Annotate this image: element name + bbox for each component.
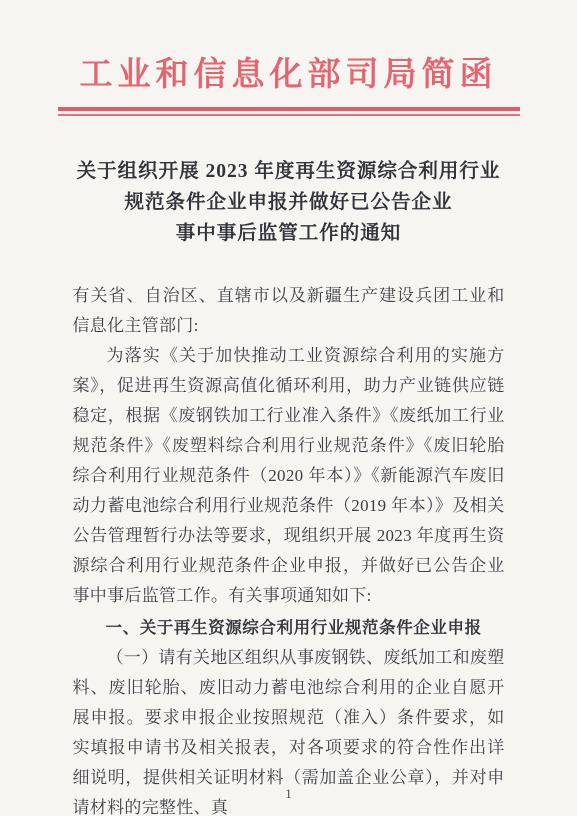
document-title-line-1: 关于组织开展 2023 年度再生资源综合利用行业	[0, 156, 577, 187]
letterhead-title: 工业和信息化部司局简函	[0, 52, 577, 100]
salutation: 有关省、自治区、直辖市以及新疆生产建设兵团工业和信息化主管部门:	[73, 281, 505, 341]
document-title-line-3: 事中事后监管工作的通知	[0, 218, 577, 249]
letterhead-divider	[58, 107, 520, 116]
document-page: 工业和信息化部司局简函 关于组织开展 2023 年度再生资源综合利用行业 规范条…	[0, 0, 577, 816]
section-1-heading: 一、关于再生资源综合利用行业规范条件企业申报	[73, 613, 505, 643]
document-body: 有关省、自治区、直辖市以及新疆生产建设兵团工业和信息化主管部门: 为落实《关于加…	[73, 281, 505, 816]
page-number: 1	[0, 786, 577, 802]
document-title: 关于组织开展 2023 年度再生资源综合利用行业 规范条件企业申报并做好已公告企…	[0, 156, 577, 249]
document-title-line-2: 规范条件企业申报并做好已公告企业	[0, 187, 577, 218]
intro-paragraph: 为落实《关于加快推动工业资源综合利用的实施方案》，促进再生资源高值化循环利用，助…	[73, 341, 505, 611]
